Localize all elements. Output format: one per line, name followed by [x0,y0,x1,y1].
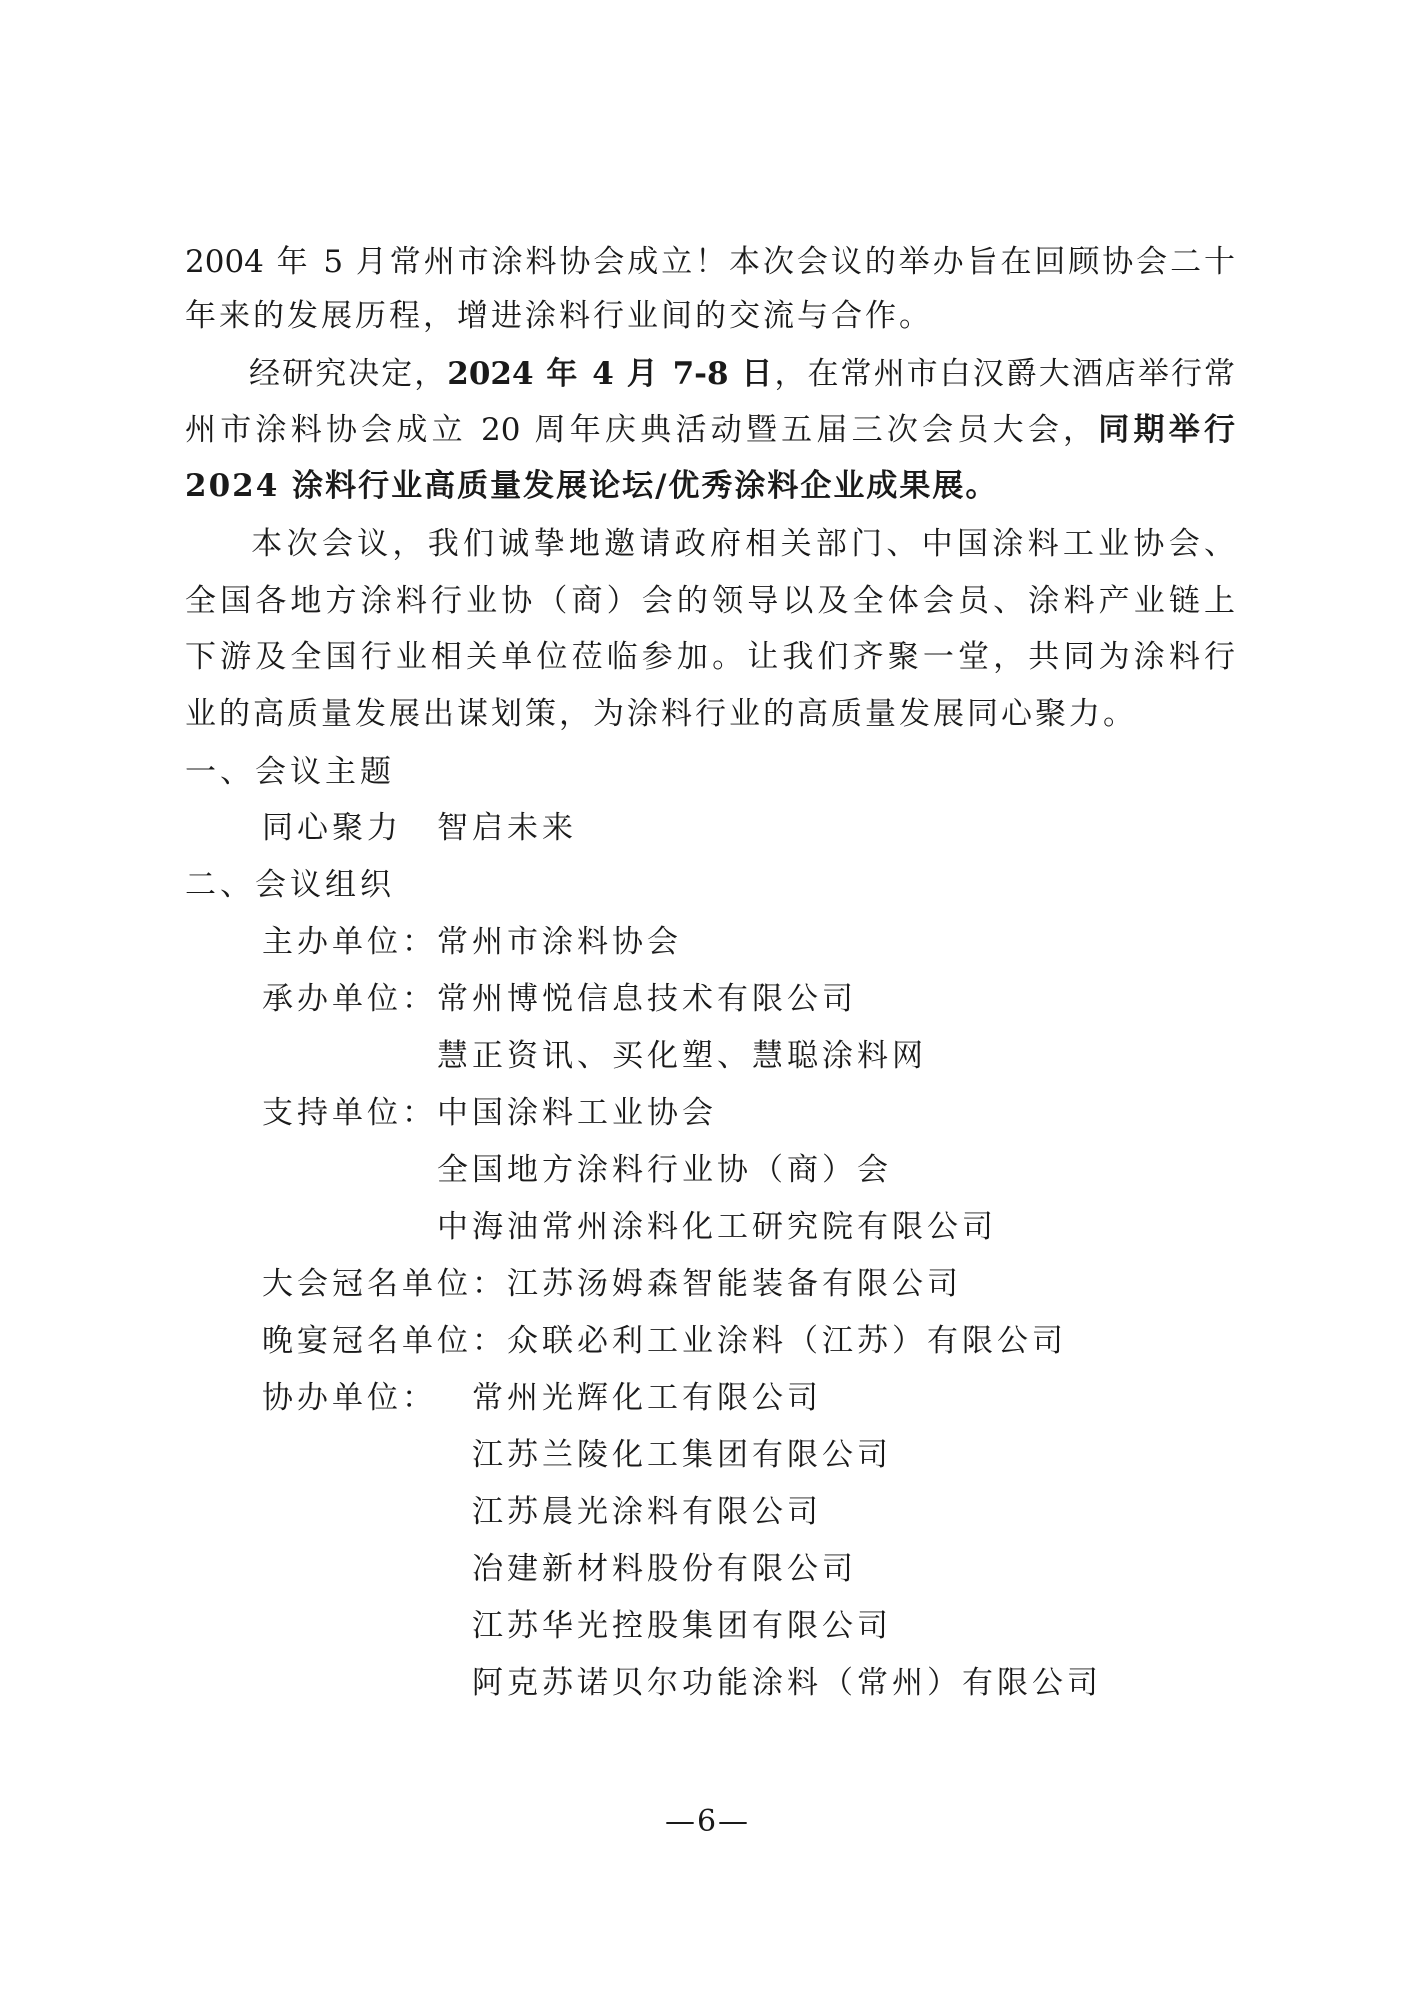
co-organizer-value-1: 常州光辉化工有限公司 [472,1380,822,1416]
document-page: 2004 年 5 月常州市涂料协会成立！本次会议的举办旨在回顾协会二十 年来的发… [0,0,1415,2000]
decision-concurrent: 同期举行 [1098,412,1235,448]
decision-text: 经研究决定， [247,356,447,392]
decision-date: 2024 年 4 月 7-8 日 [447,356,774,392]
decision-paragraph-line-2: 州市涂料协会成立 20 周年庆典活动暨五届三次会员大会，同期举行 [185,410,1235,450]
decision-venue: ，在常州市白汉爵大酒店举行常 [774,356,1235,392]
invite-paragraph-line-3: 下游及全国行业相关单位莅临参加。让我们齐聚一堂，共同为涂料行 [185,637,1235,677]
meeting-theme: 同心聚力 智启未来 [262,808,577,848]
intro-paragraph-line-2: 年来的发展历程，增进涂料行业间的交流与合作。 [185,296,933,336]
invite-paragraph-line-1: 本次会议，我们诚挚地邀请政府相关部门、中国涂料工业协会、 [185,524,1235,564]
host-value: 常州市涂料协会 [437,924,682,960]
support-value-3: 中海油常州涂料化工研究院有限公司 [437,1207,997,1247]
co-organizer-value-2: 江苏兰陵化工集团有限公司 [472,1435,892,1475]
section-heading-organization: 二、会议组织 [185,865,395,905]
organizer-label: 承办单位： [262,979,437,1019]
support-value-2: 全国地方涂料行业协（商）会 [437,1150,892,1190]
host-row: 主办单位：常州市涂料协会 [262,922,682,962]
invite-paragraph-line-4: 业的高质量发展出谋划策，为涂料行业的高质量发展同心聚力。 [185,694,1137,734]
co-organizer-value-4: 冶建新材料股份有限公司 [472,1549,857,1589]
title-sponsor-row: 大会冠名单位：江苏汤姆森智能装备有限公司 [262,1264,962,1304]
co-organizer-label: 协办单位： [262,1378,472,1418]
decision-paragraph-line-3: 2024 涂料行业高质量发展论坛/优秀涂料企业成果展。 [185,466,998,506]
support-value-1: 中国涂料工业协会 [437,1095,717,1131]
dinner-sponsor-label: 晚宴冠名单位： [262,1323,507,1359]
organizer-value-1: 常州博悦信息技术有限公司 [437,981,857,1017]
dinner-sponsor-value: 众联必利工业涂料（江苏）有限公司 [507,1323,1067,1359]
host-label: 主办单位： [262,922,437,962]
intro-paragraph-line-1: 2004 年 5 月常州市涂料协会成立！本次会议的举办旨在回顾协会二十 [185,242,1235,282]
support-row: 支持单位：中国涂料工业协会 [262,1093,717,1133]
support-label: 支持单位： [262,1093,437,1133]
title-sponsor-label: 大会冠名单位： [262,1266,507,1302]
invite-paragraph-line-2: 全国各地方涂料行业协（商）会的领导以及全体会员、涂料产业链上 [185,581,1235,621]
co-organizer-value-5: 江苏华光控股集团有限公司 [472,1606,892,1646]
decision-paragraph-line-1: 经研究决定，2024 年 4 月 7-8 日，在常州市白汉爵大酒店举行常 [185,354,1235,394]
section-heading-theme: 一、会议主题 [185,752,395,792]
decision-event: 州市涂料协会成立 20 周年庆典活动暨五届三次会员大会， [185,412,1098,448]
co-organizer-value-6: 阿克苏诺贝尔功能涂料（常州）有限公司 [472,1663,1102,1703]
title-sponsor-value: 江苏汤姆森智能装备有限公司 [507,1266,962,1302]
organizer-value-2: 慧正资讯、买化塑、慧聪涂料网 [437,1036,927,1076]
invite-text-1: 本次会议，我们诚挚地邀请政府相关部门、中国涂料工业协会、 [247,526,1235,562]
co-organizer-value-3: 江苏晨光涂料有限公司 [472,1492,822,1532]
co-organizer-row: 协办单位：常州光辉化工有限公司 [262,1378,822,1418]
organizer-row: 承办单位：常州博悦信息技术有限公司 [262,979,857,1019]
dinner-sponsor-row: 晚宴冠名单位：众联必利工业涂料（江苏）有限公司 [262,1321,1067,1361]
page-number: —6— [0,1802,1415,1842]
